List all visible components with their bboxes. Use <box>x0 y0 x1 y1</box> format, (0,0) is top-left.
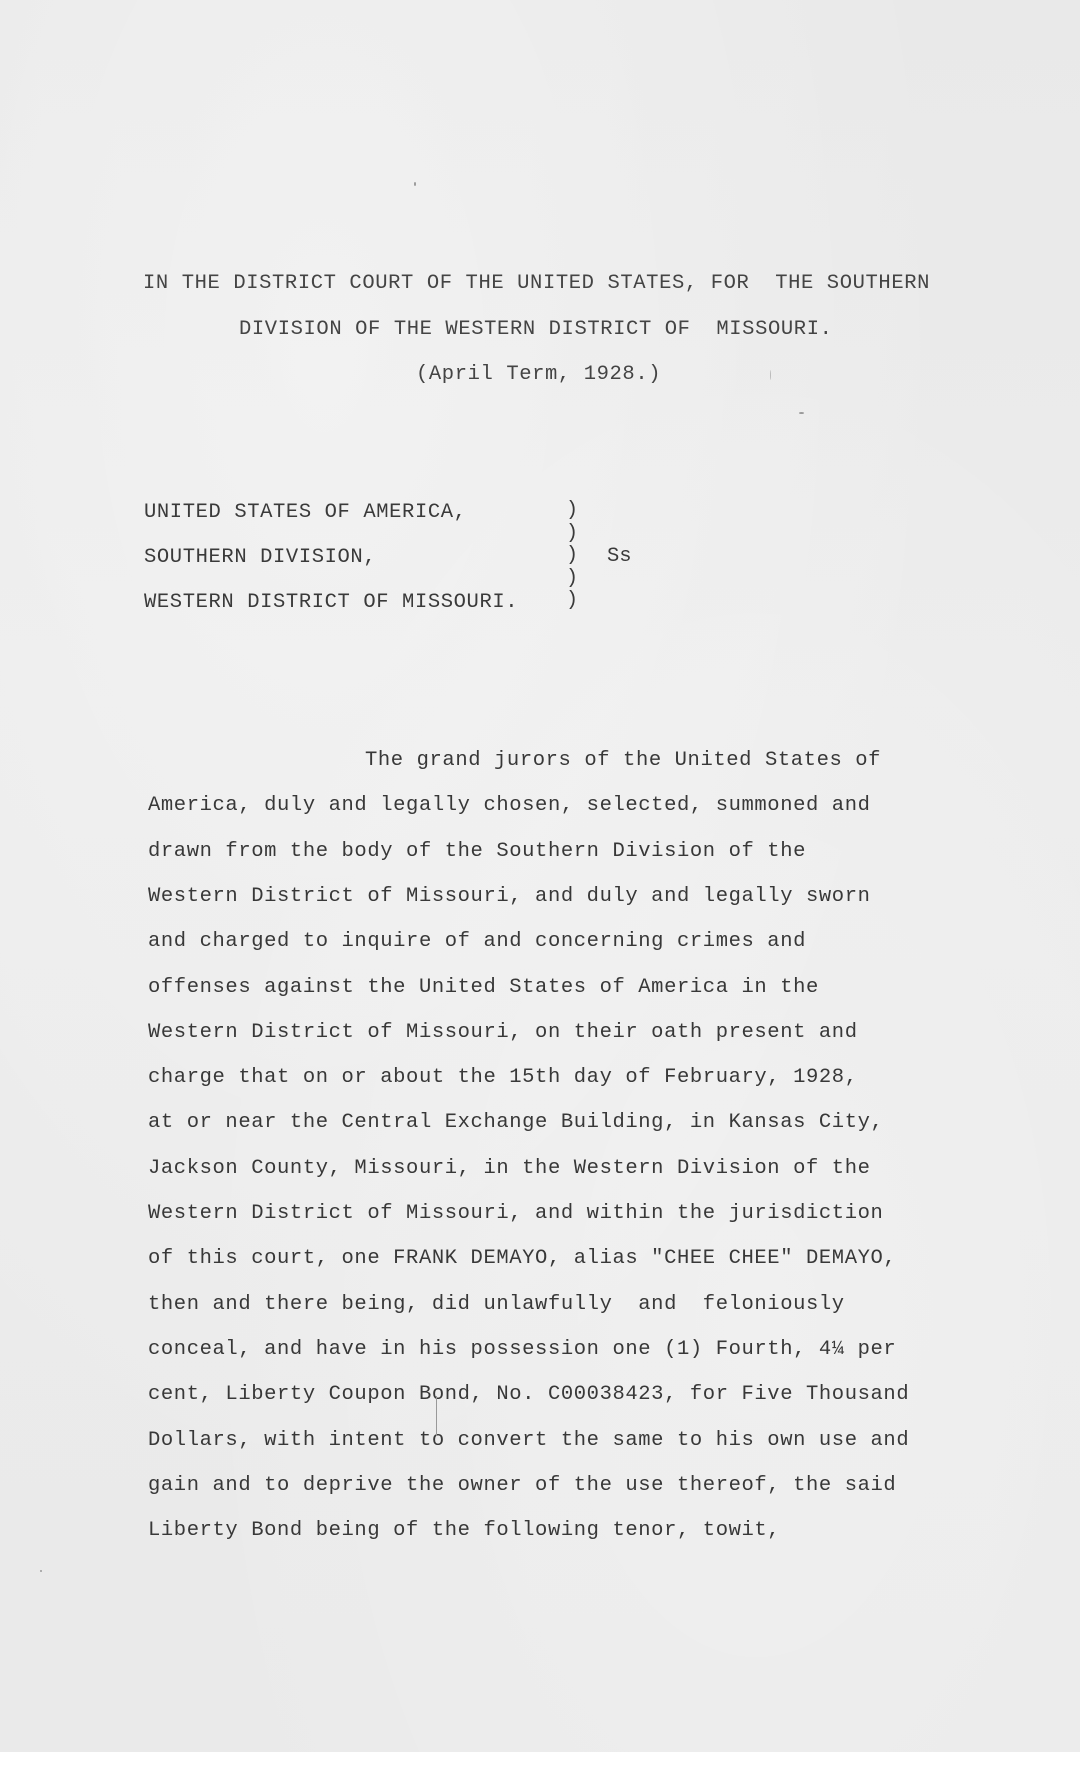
court-heading-line-1: IN THE DISTRICT COURT OF THE UNITED STAT… <box>143 274 930 295</box>
body-line: Jackson County, Missouri, in the Western… <box>148 1159 871 1180</box>
court-heading-line-2: DIVISION OF THE WESTERN DISTRICT OF MISS… <box>239 320 833 341</box>
bracket-mark: ) <box>566 523 578 546</box>
body-line: cent, Liberty Coupon Bond, No. C00038423… <box>148 1385 909 1406</box>
body-line: then and there being, did unlawfully and… <box>148 1295 845 1316</box>
body-line: America, duly and legally chosen, select… <box>148 796 871 817</box>
body-line: Western District of Missouri, and duly a… <box>148 887 871 908</box>
body-line: Liberty Bond being of the following teno… <box>148 1521 780 1542</box>
paper-speck <box>770 370 771 380</box>
body-line: at or near the Central Exchange Building… <box>148 1113 883 1134</box>
bracket-mark: ) <box>566 500 578 523</box>
venue-abbreviation: Ss <box>607 545 632 568</box>
body-line: offenses against the United States of Am… <box>148 978 819 999</box>
paper-speck <box>799 412 804 414</box>
body-line: Western District of Missouri, and within… <box>148 1204 883 1225</box>
caption-line-3: WESTERN DISTRICT OF MISSOURI. <box>144 593 518 614</box>
document-page: IN THE DISTRICT COURT OF THE UNITED STAT… <box>0 0 1080 1752</box>
body-line: Dollars, with intent to convert the same… <box>148 1431 909 1452</box>
body-line: gain and to deprive the owner of the use… <box>148 1476 896 1497</box>
bracket-mark: ) <box>566 545 578 568</box>
body-line: of this court, one FRANK DEMAYO, alias "… <box>148 1249 896 1270</box>
caption-bracket: ) ) ) ) ) <box>566 500 578 613</box>
caption-line-2: SOUTHERN DIVISION, <box>144 548 376 569</box>
term-line: (April Term, 1928.) <box>416 365 661 386</box>
body-line: conceal, and have in his possession one … <box>148 1340 896 1361</box>
body-line: and charged to inquire of and concerning… <box>148 932 806 953</box>
body-line: The grand jurors of the United States of <box>365 751 881 772</box>
body-line: charge that on or about the 15th day of … <box>148 1068 858 1089</box>
caption-line-1: UNITED STATES OF AMERICA, <box>144 503 467 524</box>
paper-speck <box>436 1396 437 1436</box>
paper-speck <box>40 1570 42 1572</box>
bracket-mark: ) <box>566 568 578 591</box>
bracket-mark: ) <box>566 590 578 613</box>
body-line: Western District of Missouri, on their o… <box>148 1023 858 1044</box>
body-line: drawn from the body of the Southern Divi… <box>148 842 806 863</box>
paper-speck <box>414 182 416 186</box>
